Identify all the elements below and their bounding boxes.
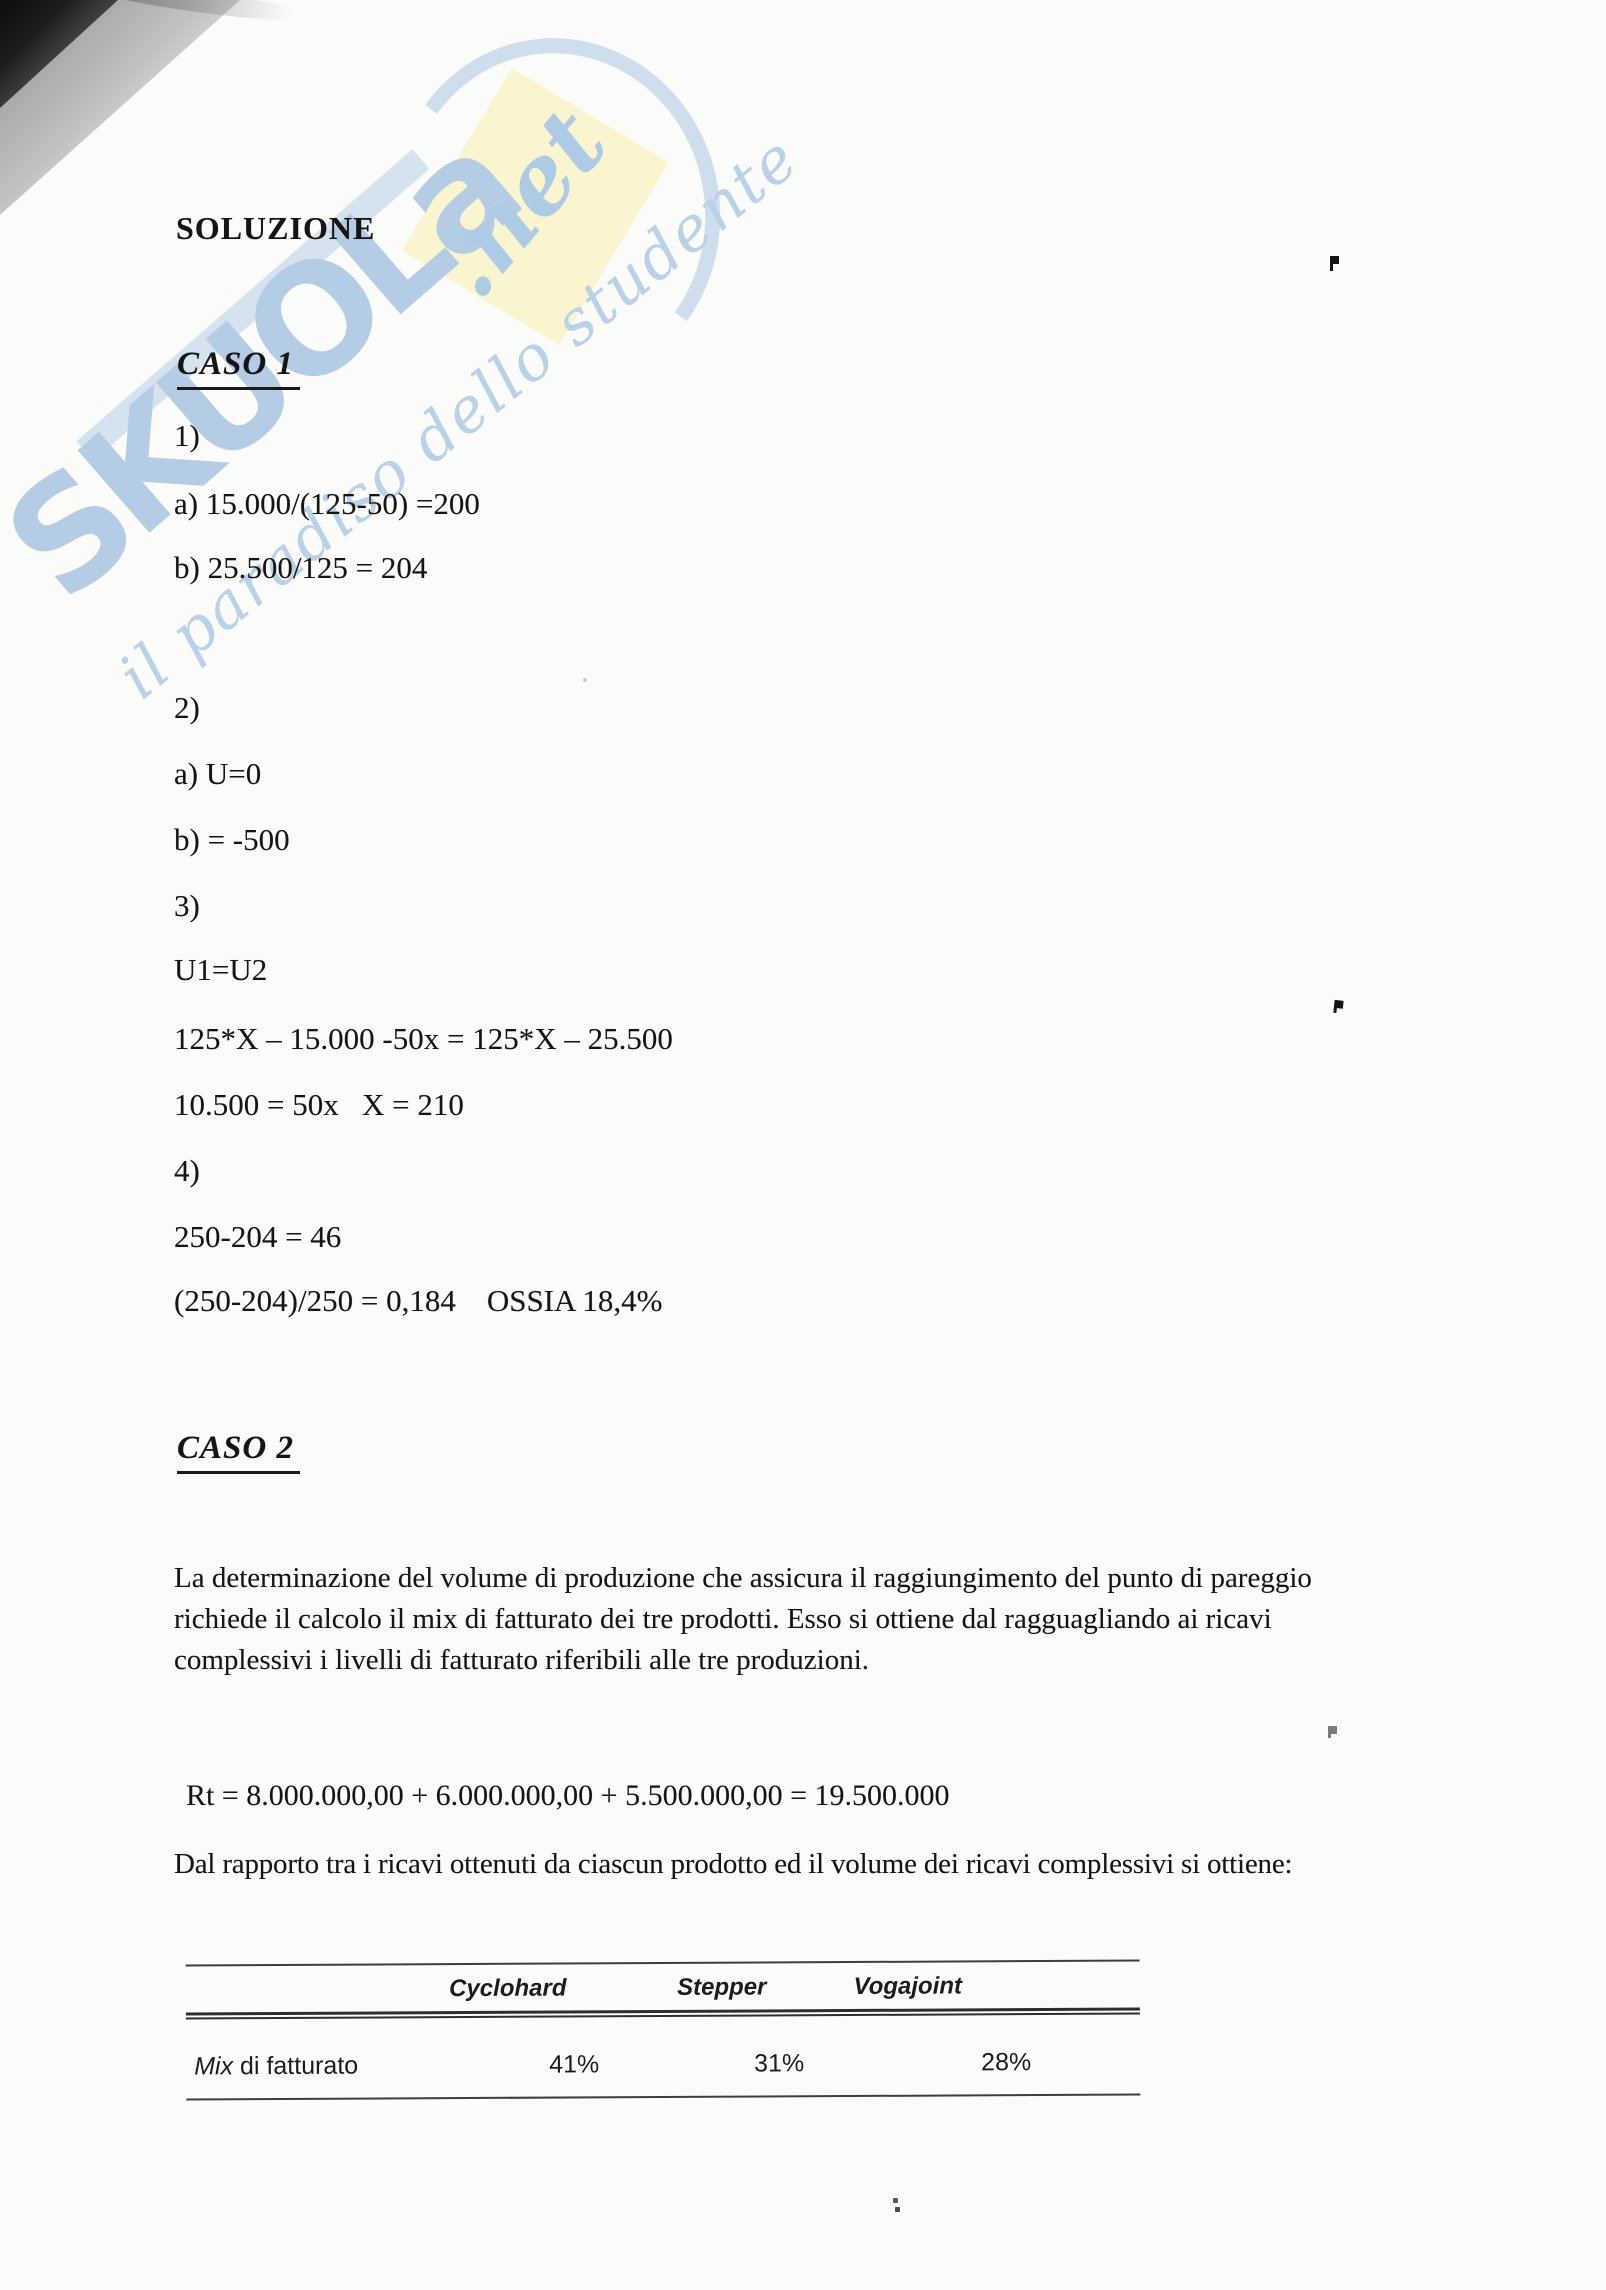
page-title: SOLUZIONE	[176, 210, 375, 247]
caso1-line: 4)	[174, 1153, 200, 1189]
table-row-label-mix: Mix	[194, 2052, 233, 2080]
caso2-paragraph-line: La determinazione del volume di produzio…	[174, 1558, 1312, 1599]
ink-speck	[893, 2198, 898, 2203]
table-bottom-rule	[186, 2094, 1140, 2101]
caso1-line: b) 25.500/125 = 204	[174, 550, 427, 586]
caso2-heading: CASO 2	[177, 1430, 300, 1474]
table-double-rule	[186, 2008, 1140, 2020]
caso1-line: a) U=0	[174, 756, 261, 792]
total-revenue-formula: Rt = 8.000.000,00 + 6.000.000,00 + 5.500…	[186, 1779, 950, 1813]
table-top-rule	[186, 1960, 1140, 1967]
table-intro-line: Dal rapporto tra i ricavi ottenuti da ci…	[174, 1848, 1292, 1881]
table-header-cyclohard: Cyclohard	[449, 1975, 567, 2004]
table-cell-cyclohard-mix: 41%	[549, 2050, 599, 2079]
caso1-line: 1)	[174, 418, 200, 454]
revenue-mix-table: Cyclohard Stepper Vogajoint Mix di fattu…	[186, 1960, 1141, 2105]
scanned-document-page: SKUOLa .net il paradiso dello studente S…	[0, 0, 1606, 2290]
caso1-line: 10.500 = 50x X = 210	[174, 1087, 464, 1123]
caso1-line: U1=U2	[174, 952, 267, 988]
caso1-line: (250-204)/250 = 0,184 OSSIA 18,4%	[174, 1283, 663, 1319]
ink-speck	[583, 678, 587, 682]
caso1-line: 2)	[174, 690, 200, 726]
table-row-label: Mix di fatturato	[194, 2052, 358, 2082]
table-cell-stepper-mix: 31%	[754, 2049, 804, 2078]
table-header-stepper: Stepper	[677, 1973, 767, 2001]
ink-speck	[1333, 1000, 1337, 1013]
table-header-vogajoint: Vogajoint	[853, 1972, 962, 2001]
caso1-line: 125*X – 15.000 -50x = 125*X – 25.500	[174, 1021, 673, 1057]
caso2-paragraph-line: richiede il calcolo il mix di fatturato …	[174, 1599, 1272, 1640]
caso1-line: b) = -500	[174, 822, 290, 858]
caso1-line: 250-204 = 46	[174, 1219, 341, 1255]
table-cell-vogajoint-mix: 28%	[981, 2048, 1031, 2077]
caso1-line: 3)	[174, 888, 200, 924]
ink-speck	[1330, 256, 1333, 271]
caso1-heading: CASO 1	[177, 346, 300, 390]
caso2-paragraph-line: complessivi i livelli di fatturato rifer…	[174, 1640, 869, 1681]
ink-speck	[1328, 1726, 1331, 1738]
table-row-label-rest: di fatturato	[233, 2052, 358, 2081]
caso1-line: a) 15.000/(125-50) =200	[174, 486, 480, 522]
